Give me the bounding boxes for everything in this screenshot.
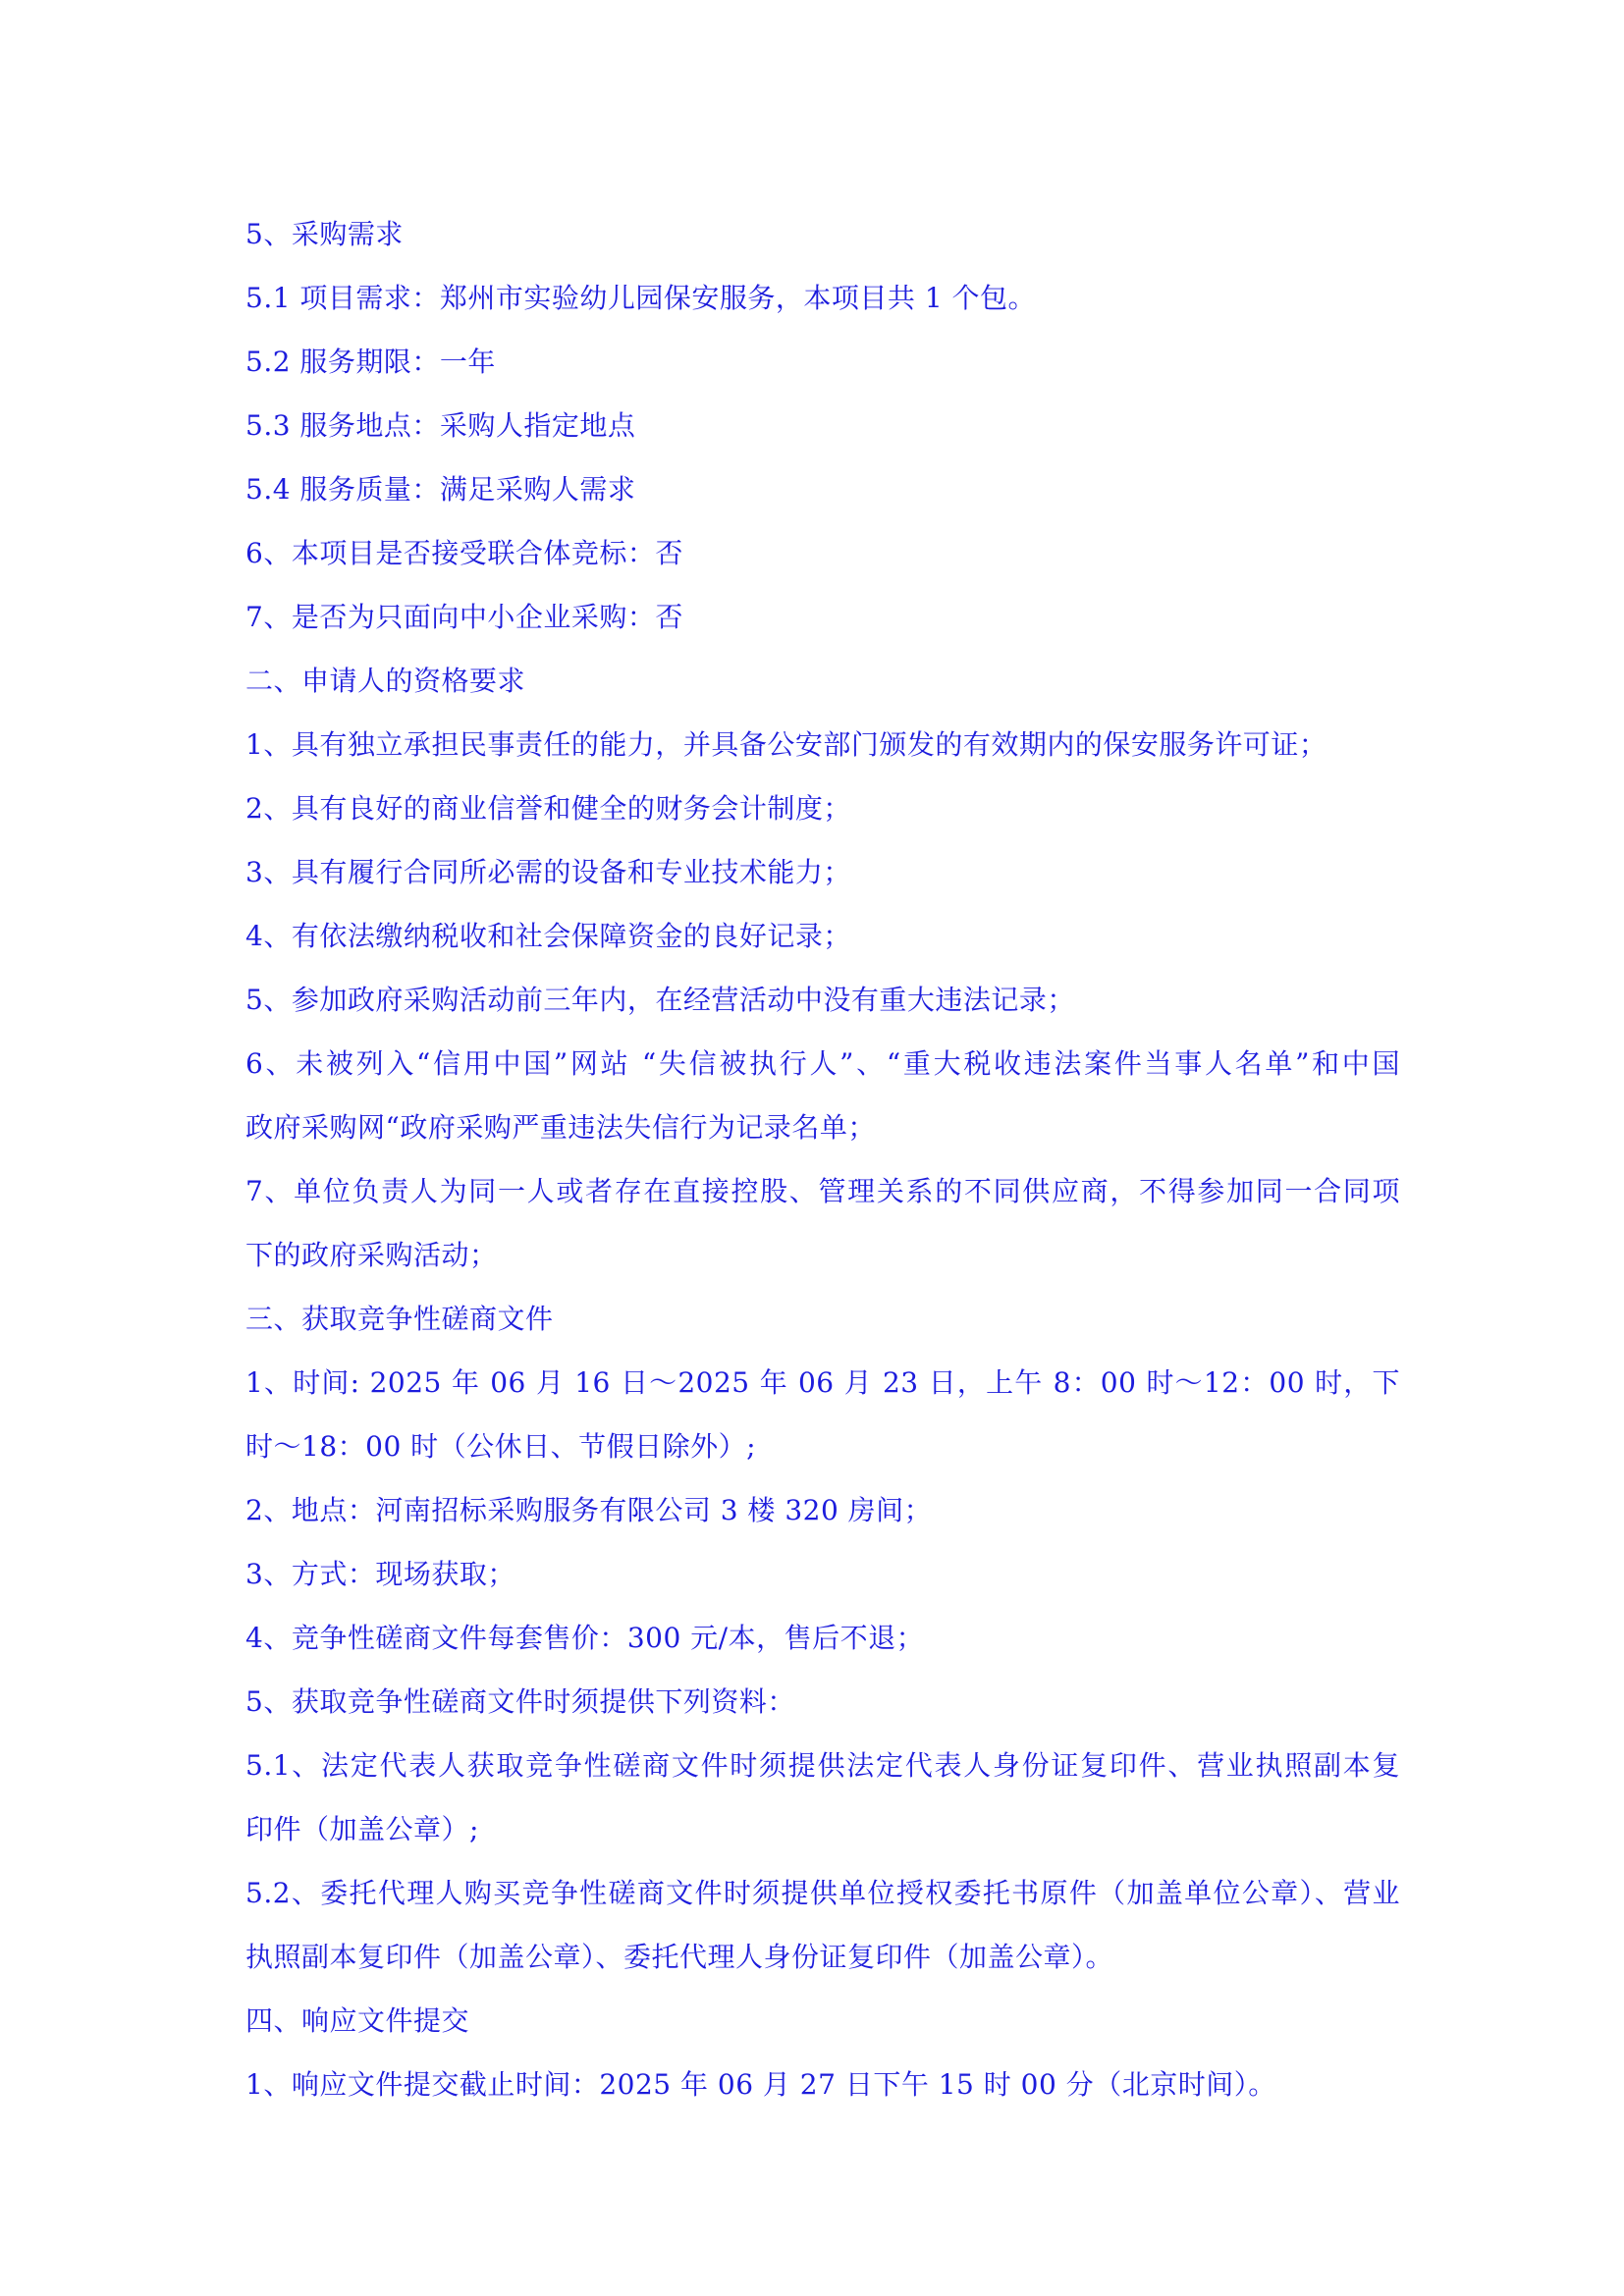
document-body: 5、采购需求5.1 项目需求：郑州市实验幼儿园保安服务，本项目共 1 个包。5.… [245,202,1400,2116]
document-line: 4、竞争性磋商文件每套售价：300 元/本，售后不退； [245,1606,1400,1670]
document-line: 2、地点：河南招标采购服务有限公司 3 楼 320 房间； [245,1478,1400,1542]
document-line: 政府采购网“政府采购严重违法失信行为记录名单； [245,1095,1400,1159]
document-line: 5、采购需求 [245,202,1400,266]
document-line: 1、具有独立承担民事责任的能力，并具备公安部门颁发的有效期内的保安服务许可证； [245,713,1400,776]
document-line: 5.3 服务地点：采购人指定地点 [245,394,1400,457]
document-line: 6、未被列入“信用中国”网站 “失信被执行人”、“重大税收违法案件当事人名单”和… [245,1032,1400,1095]
document-line: 二、申请人的资格要求 [245,649,1400,713]
document-line: 7、是否为只面向中小企业采购：否 [245,585,1400,649]
document-line: 三、获取竞争性磋商文件 [245,1287,1400,1351]
document-line: 6、本项目是否接受联合体竞标：否 [245,521,1400,585]
document-page: 5、采购需求5.1 项目需求：郑州市实验幼儿园保安服务，本项目共 1 个包。5.… [0,0,1624,2296]
document-line: 3、具有履行合同所必需的设备和专业技术能力； [245,840,1400,904]
document-line: 7、单位负责人为同一人或者存在直接控股、管理关系的不同供应商，不得参加同一合同项 [245,1159,1400,1223]
document-line: 时～18：00 时（公休日、节假日除外）; [245,1415,1400,1478]
document-line: 5、获取竞争性磋商文件时须提供下列资料： [245,1670,1400,1734]
document-line: 下的政府采购活动； [245,1223,1400,1287]
document-line: 印件（加盖公章）; [245,1797,1400,1861]
document-line: 1、响应文件提交截止时间：2025 年 06 月 27 日下午 15 时 00 … [245,2053,1400,2116]
document-line: 4、有依法缴纳税收和社会保障资金的良好记录； [245,904,1400,968]
document-line: 2、具有良好的商业信誉和健全的财务会计制度； [245,776,1400,840]
document-line: 5、参加政府采购活动前三年内，在经营活动中没有重大违法记录； [245,968,1400,1032]
document-line: 1、时间: 2025 年 06 月 16 日～2025 年 06 月 23 日，… [245,1351,1400,1415]
document-line: 5.4 服务质量：满足采购人需求 [245,457,1400,521]
document-line: 四、响应文件提交 [245,1989,1400,2053]
document-line: 5.2 服务期限：一年 [245,330,1400,394]
document-line: 3、方式：现场获取； [245,1542,1400,1606]
document-line: 5.1、法定代表人获取竞争性磋商文件时须提供法定代表人身份证复印件、营业执照副本… [245,1734,1400,1797]
document-line: 5.1 项目需求：郑州市实验幼儿园保安服务，本项目共 1 个包。 [245,266,1400,330]
document-line: 5.2、委托代理人购买竞争性磋商文件时须提供单位授权委托书原件（加盖单位公章）、… [245,1861,1400,1925]
document-line: 执照副本复印件（加盖公章）、委托代理人身份证复印件（加盖公章）。 [245,1925,1400,1989]
